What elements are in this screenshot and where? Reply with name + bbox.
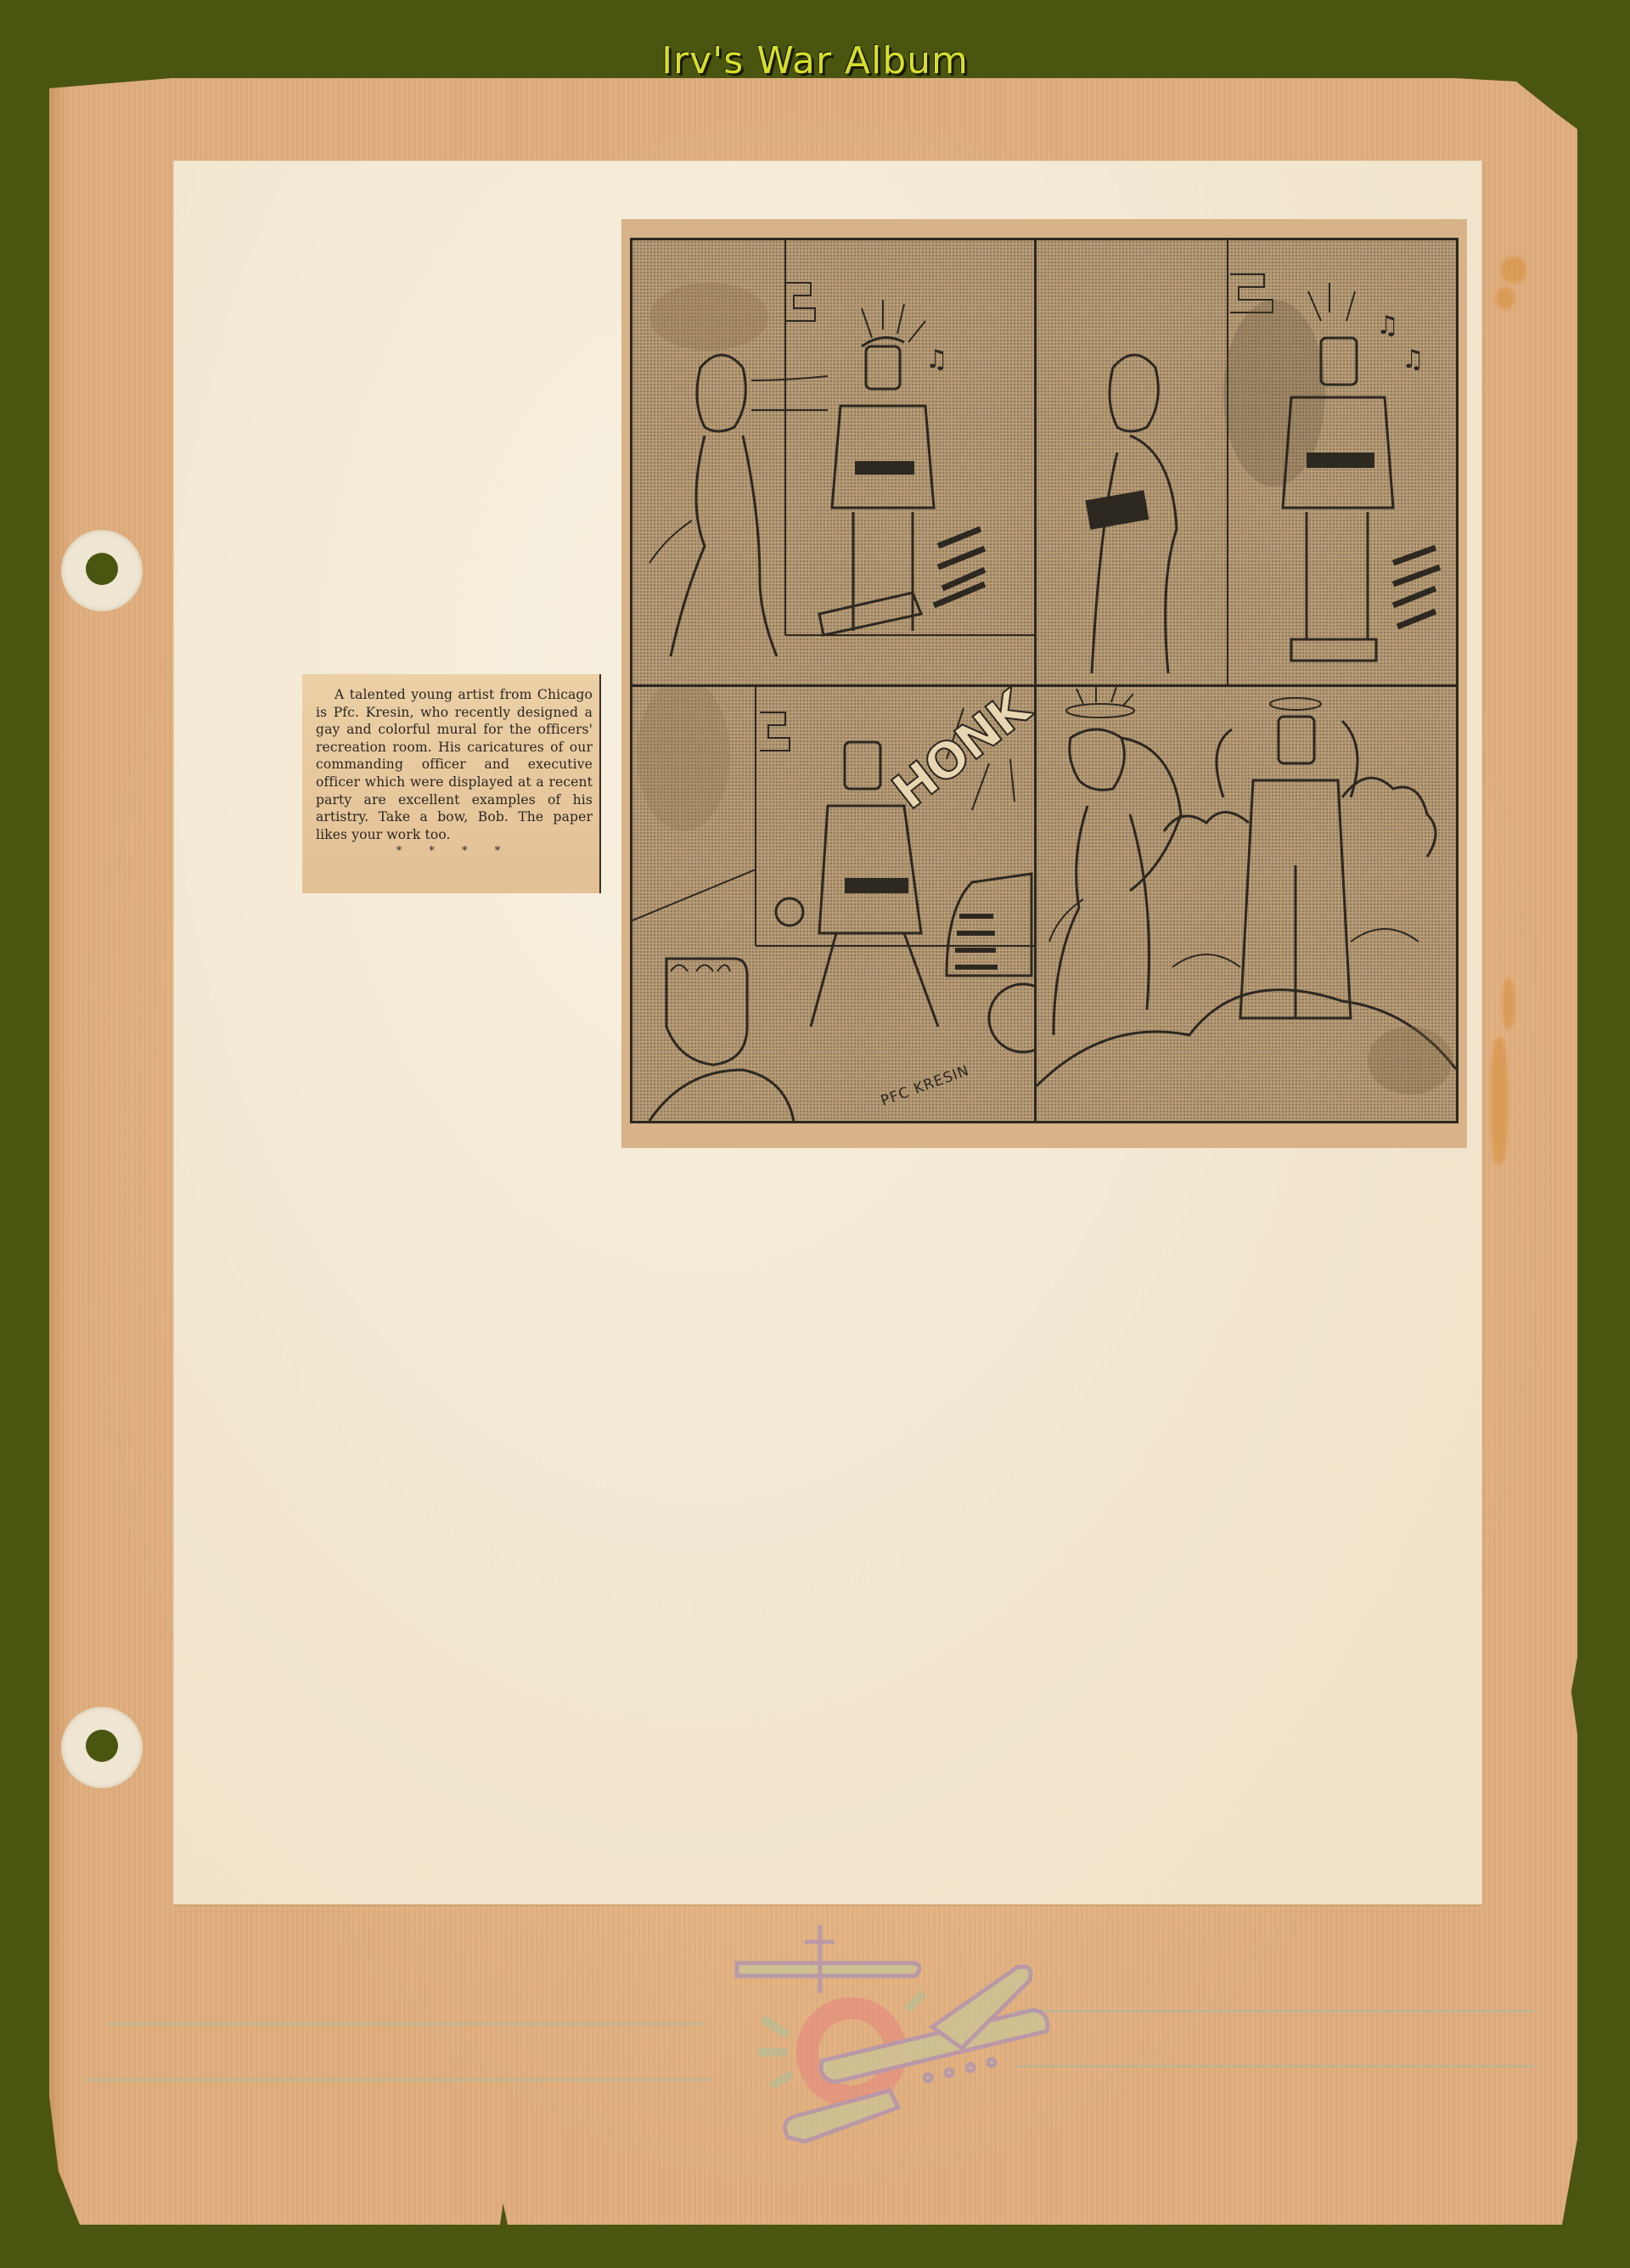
album-title: Irv's War Album <box>0 39 1630 82</box>
comic-panel-4 <box>1037 687 1456 1121</box>
water-stain <box>1501 256 1526 284</box>
comic-panel-3: HONK PFC KRESIN <box>632 687 1034 1121</box>
water-stain <box>1496 287 1515 309</box>
comic-strip: ♫ <box>630 238 1459 1123</box>
airplane-emblem-icon <box>711 1908 1068 2163</box>
hole-icon <box>86 1730 118 1762</box>
decorative-rule <box>109 2023 703 2025</box>
clipping-text: A talented young artist from Chicago is … <box>316 686 593 843</box>
news-clipping: A talented young artist from Chicago is … <box>302 674 601 893</box>
hole-icon <box>86 553 118 585</box>
decorative-rule <box>1017 2065 1535 2068</box>
svg-text:♫: ♫ <box>1402 345 1425 374</box>
binder-hole-lower <box>61 1707 143 1788</box>
panel-1-illustration: ♫ <box>632 240 1034 684</box>
water-stain <box>1503 978 1515 1029</box>
page-edge-shadow <box>49 78 70 2225</box>
album-page: A talented young artist from Chicago is … <box>49 78 1577 2225</box>
comic-panel-1: ♫ <box>632 240 1034 684</box>
comic-clipping: ♫ <box>621 219 1467 1148</box>
svg-text:♫: ♫ <box>925 345 948 374</box>
decorative-rule <box>83 2079 711 2081</box>
decorative-rule <box>1017 2010 1535 2012</box>
panel-2-illustration: ♫ ♫ <box>1037 240 1456 684</box>
water-stain <box>1491 1038 1508 1165</box>
comic-panel-2: ♫ ♫ <box>1037 240 1456 684</box>
svg-text:♫: ♫ <box>1376 311 1399 340</box>
clipping-separator: * * * * <box>316 845 593 858</box>
binder-hole-upper <box>61 530 143 611</box>
panel-4-illustration <box>1037 687 1456 1121</box>
